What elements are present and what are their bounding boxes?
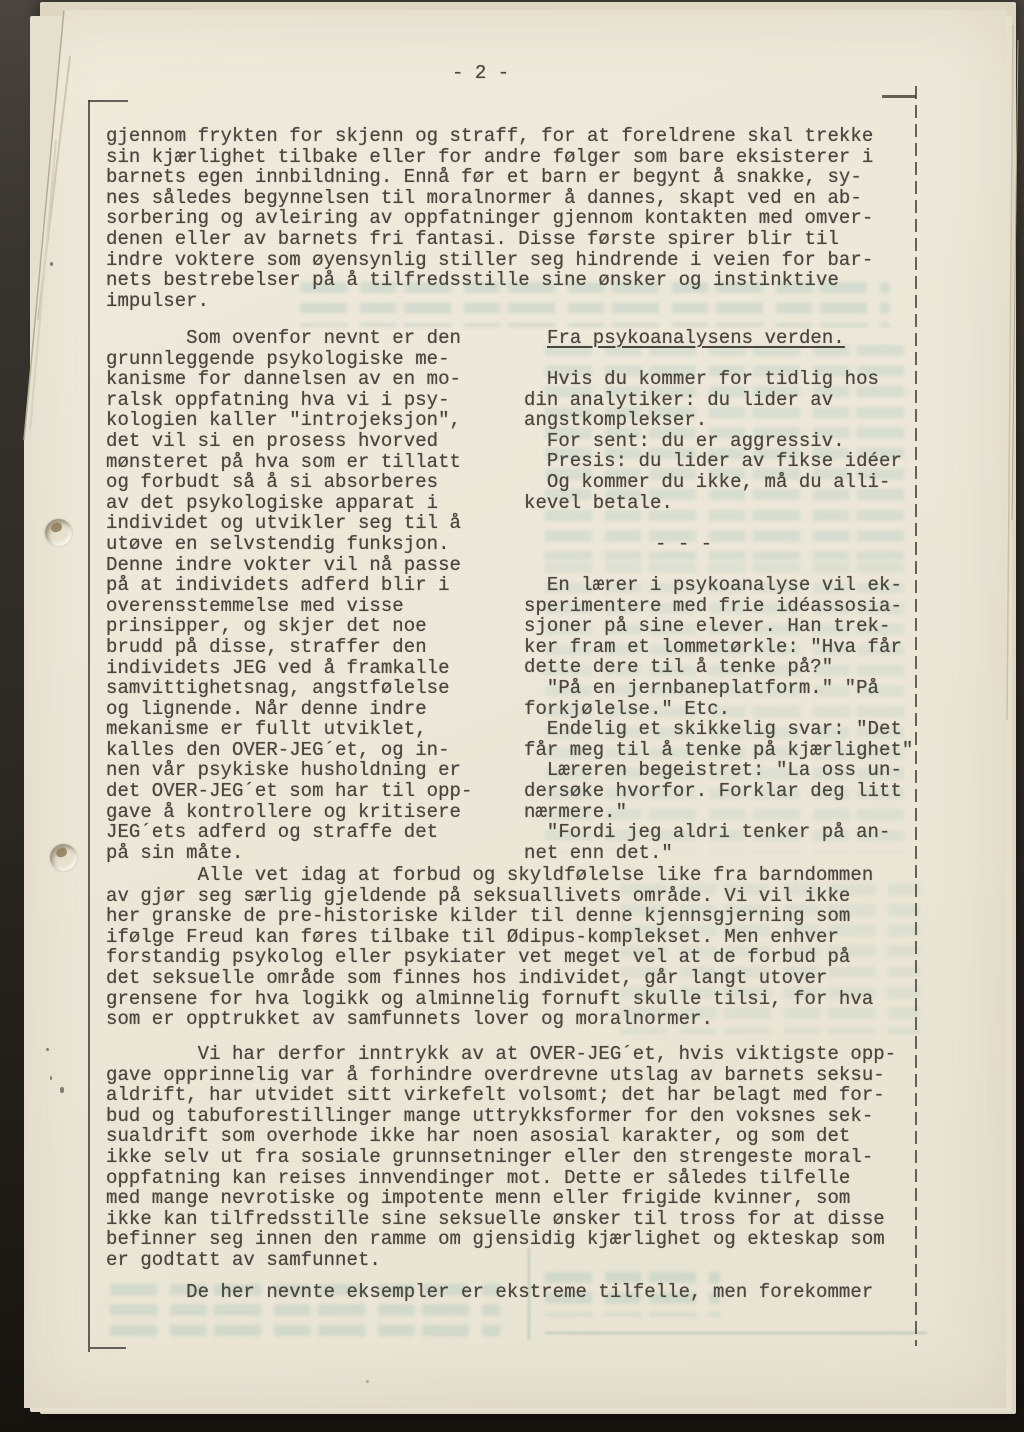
page-number: - 2 - [452, 63, 509, 84]
closing-line: De her nevnte eksempler er ekstreme tilf… [106, 1282, 873, 1303]
frame-bottom-left-tick [90, 1347, 126, 1349]
section-separator: - - - [655, 534, 712, 555]
frame-top-left-tick [88, 100, 128, 102]
bleed-through-rule [545, 1332, 927, 1334]
paper-speck [60, 1087, 64, 1093]
paragraph-forbud: Alle vet idag at forbud og skyldfølelse … [106, 865, 873, 1030]
punch-hole-bottom [50, 844, 77, 871]
paper-speck [50, 262, 53, 266]
frame-left-line [88, 100, 90, 1352]
frame-top-right-tick [882, 95, 916, 98]
paper-speck [46, 1048, 49, 1051]
right-column-heading: Fra psykoanalysens verden. [547, 328, 845, 349]
punch-hole-chad [50, 521, 63, 533]
paragraph-overjeg: Vi har derfor inntrykk av at OVER-JEG´et… [106, 1044, 896, 1271]
frame-right-line [915, 86, 917, 1346]
punch-hole-chad [55, 846, 68, 858]
document-page: - 2 - gjennom frykten for skjenn og stra… [24, 10, 1006, 1408]
left-column-text: Som ovenfor nevnt er den grunnleggende p… [106, 328, 472, 863]
right-column-anecdote-2: En lærer i psykoanalyse vil ek- sperimen… [524, 575, 913, 863]
right-column-anecdote-1: Hvis du kommer for tidlig hos din analyt… [524, 369, 902, 513]
intro-paragraph: gjennom frykten for skjenn og straff, fo… [106, 126, 873, 311]
paper-speck [366, 1380, 369, 1383]
punch-hole-top [45, 519, 72, 546]
paper-speck [50, 1076, 52, 1080]
